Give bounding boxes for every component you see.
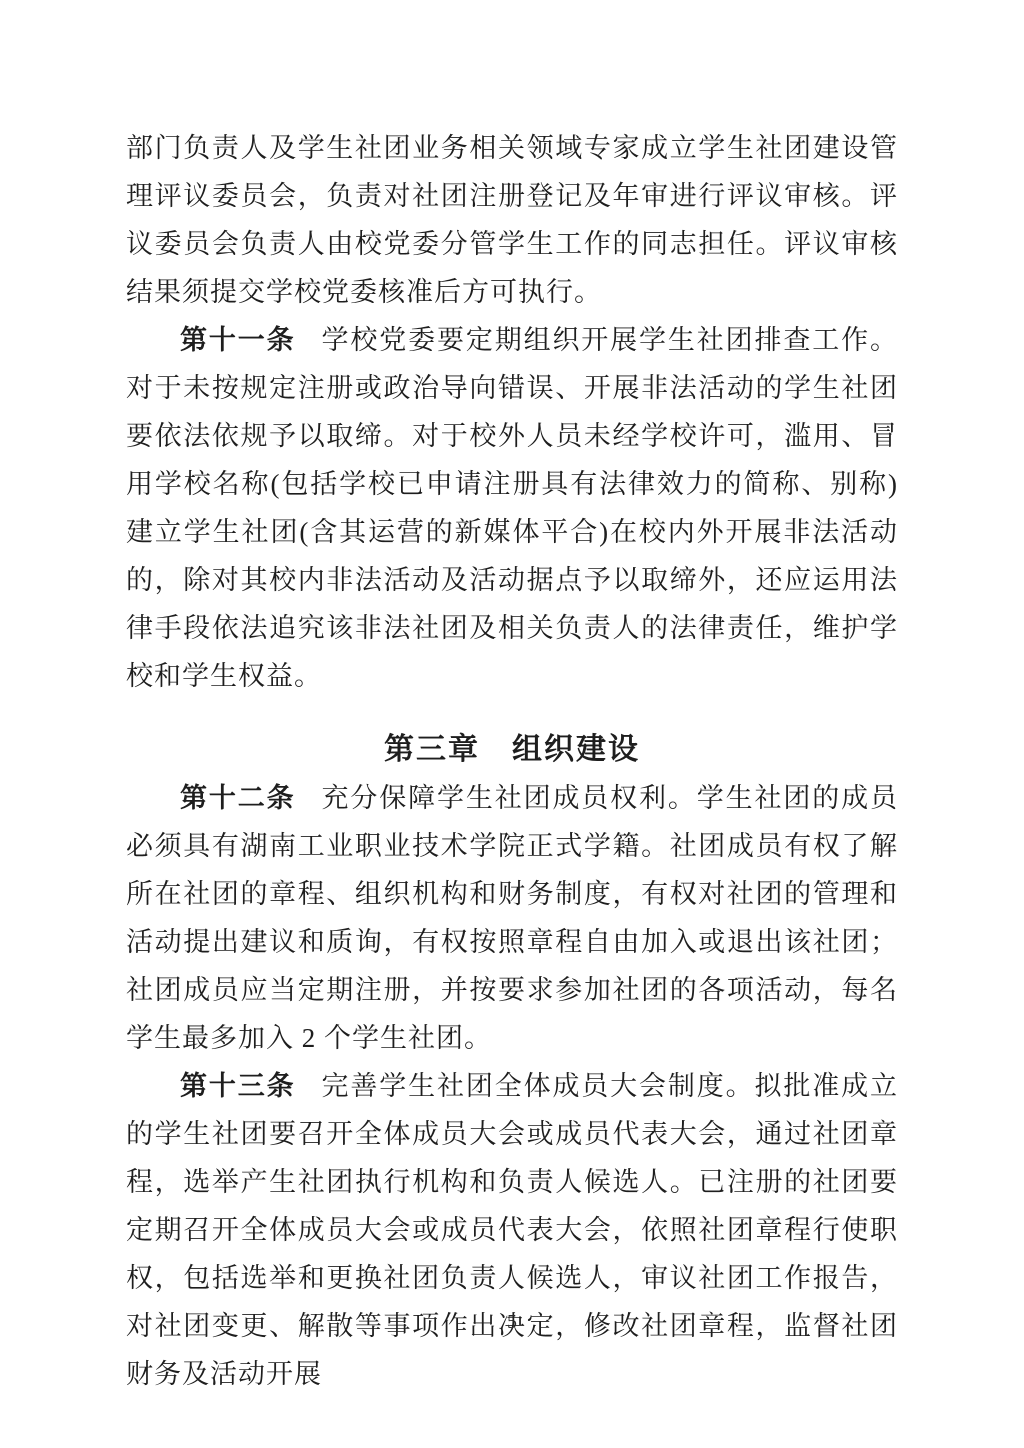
paragraph-article-11: 第十一条学校党委要定期组织开展学生社团排查工作。对于未按规定注册或政治导向错误、… <box>126 316 898 700</box>
article-12-text: 充分保障学生社团成员权利。学生社团的成员必须具有湖南工业职业技术学院正式学籍。社… <box>126 783 898 1053</box>
paragraph-text: 部门负责人及学生社团业务相关领域专家成立学生社团建设管理评议委员会，负责对社团注… <box>126 133 898 307</box>
article-11-text: 学校党委要定期组织开展学生社团排查工作。对于未按规定注册或政治导向错误、开展非法… <box>126 325 898 691</box>
paragraph-continuation: 部门负责人及学生社团业务相关领域专家成立学生社团建设管理评议委员会，负责对社团注… <box>126 124 898 316</box>
paragraph-article-12: 第十二条充分保障学生社团成员权利。学生社团的成员必须具有湖南工业职业技术学院正式… <box>126 774 898 1062</box>
chapter-heading: 第三章 组织建设 <box>126 726 898 774</box>
chapter-heading-text: 第三章 组织建设 <box>384 733 640 766</box>
article-13-number: 第十三条 <box>180 1071 295 1101</box>
article-11-number: 第十一条 <box>180 325 295 355</box>
paragraph-article-13: 第十三条完善学生社团全体成员大会制度。拟批准成立的学生社团要召开全体成员大会或成… <box>126 1062 898 1398</box>
document-text-block: 部门负责人及学生社团业务相关领域专家成立学生社团建设管理评议委员会，负责对社团注… <box>126 124 898 1398</box>
document-page: 部门负责人及学生社团业务相关领域专家成立学生社团建设管理评议委员会，负责对社团注… <box>0 0 1024 1448</box>
article-12-number: 第十二条 <box>180 783 295 813</box>
page-number: 5 <box>0 1302 1024 1342</box>
